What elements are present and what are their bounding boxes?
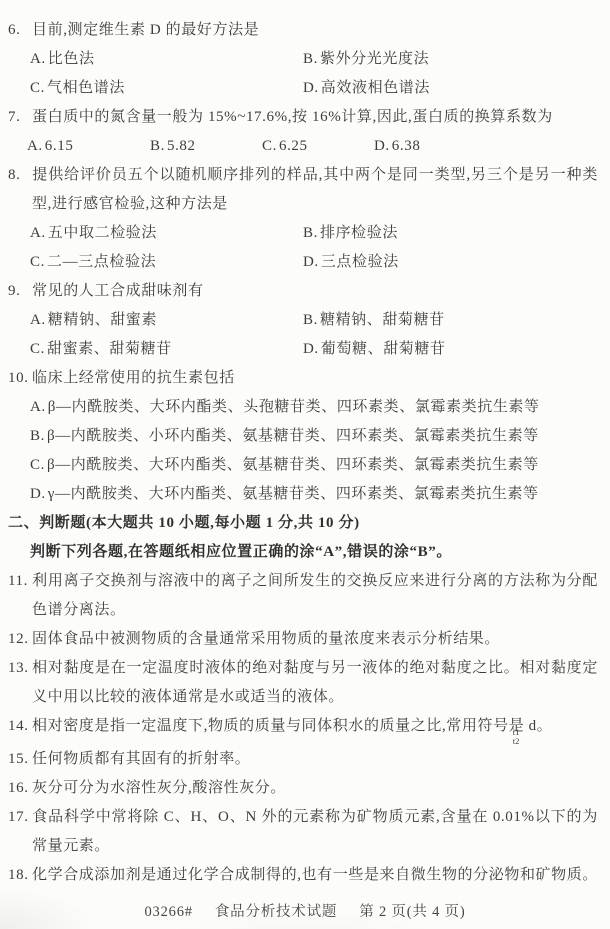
density-symbol-base: d (529, 718, 537, 734)
options-grid: A.比色法 B.紫外分光光度法 C.气相色谱法 D.高效液相色谱法 (30, 45, 598, 103)
question-text: 固体食品中被测物质的含量通常采用物质的量浓度来表示分析结果。 (32, 631, 500, 647)
option-b: B.排序检验法 (303, 219, 598, 248)
options-grid: A.6.15 B.5.82 C.6.25 D.6.38 (27, 132, 598, 161)
question-stem-text: 临床上经常使用的抗生素包括 (32, 370, 235, 386)
judge-question-13: 13.相对黏度是在一定温度时液体的绝对黏度与另一液体的绝对黏度之比。相对黏度定义… (8, 654, 598, 712)
exam-page: 6.目前,测定维生素 D 的最好方法是 A.比色法 B.紫外分光光度法 C.气相… (0, 0, 610, 929)
option-label: A. (30, 312, 46, 328)
question-stem-text: 目前,测定维生素 D 的最好方法是 (32, 22, 259, 38)
option-text: 甜蜜素、甜菊糖苷 (47, 341, 172, 357)
option-label: C. (30, 341, 45, 357)
option-text: β—内酰胺类、小环内酯类、氨基糖苷类、四环素类、氯霉素类抗生素等 (47, 428, 539, 444)
question-number: 10. (8, 364, 32, 393)
question-stem: 6.目前,测定维生素 D 的最好方法是 (8, 16, 598, 45)
page-footer: 03266#食品分析技术试题第 2 页(共 4 页) (0, 900, 610, 921)
question-text: 化学合成添加剂是通过化学合成制得的,也有一些是来自微生物的分泌物和矿物质。 (32, 867, 598, 883)
question-number: 14. (8, 712, 32, 741)
judge-question-15: 15.任何物质都有其固有的折射率。 (8, 745, 598, 774)
question-text: 食品科学中常将除 C、H、O、N 外的元素称为矿物质元素,含量在 0.01%以下… (32, 809, 598, 854)
option-label: A. (27, 138, 43, 154)
option-text: γ—内酰胺类、大环内酯类、氨基糖苷类、四环素类、氯霉素类抗生素等 (48, 486, 539, 502)
question-9: 9.常见的人工合成甜味剂有 A.糖精钠、甜蜜素 B.糖精钠、甜菊糖苷 C.甜蜜素… (8, 277, 598, 364)
option-a: A.糖精钠、甜蜜素 (30, 306, 303, 335)
option-c: C.6.25 (262, 132, 374, 161)
question-number: 8. (8, 161, 32, 190)
question-number: 12. (8, 625, 32, 654)
judge-question-18: 18.化学合成添加剂是通过化学合成制得的,也有一些是来自微生物的分泌物和矿物质。 (8, 861, 598, 890)
judge-question-12: 12.固体食品中被测物质的含量通常采用物质的量浓度来表示分析结果。 (8, 625, 598, 654)
option-label: A. (30, 225, 46, 241)
option-text: 紫外分光光度法 (320, 51, 429, 67)
option-text: 高效液相色谱法 (321, 80, 430, 96)
exam-code: 03266# (145, 904, 193, 920)
question-number: 17. (8, 803, 32, 832)
question-text: 相对黏度是在一定温度时液体的绝对黏度与另一液体的绝对黏度之比。相对黏度定义中用以… (32, 660, 598, 705)
option-text: 6.38 (392, 138, 421, 154)
option-b: B.5.82 (150, 132, 262, 161)
judge-question-16: 16.灰分可分为水溶性灰分,酸溶性灰分。 (8, 774, 598, 803)
question-number: 18. (8, 861, 32, 890)
option-a: A.β—内酰胺类、大环内酯类、头孢糖苷类、四环素类、氯霉素类抗生素等 (30, 393, 598, 422)
question-text: 灰分可分为水溶性灰分,酸溶性灰分。 (32, 780, 286, 796)
question-10: 10.临床上经常使用的抗生素包括 A.β—内酰胺类、大环内酯类、头孢糖苷类、四环… (8, 364, 598, 509)
question-stem-text: 提供给评价员五个以随机顺序排列的样品,其中两个是同一类型,另三个是另一种类型,进… (32, 167, 598, 212)
judge-question-14: 14.相对密度是指一定温度下,物质的质量与同体积水的质量之比,常用符号是 dt1… (8, 712, 598, 745)
option-label: D. (374, 138, 390, 154)
option-text: 气相色谱法 (47, 80, 125, 96)
question-stem-text: 常见的人工合成甜味剂有 (32, 283, 204, 299)
option-label: D. (303, 80, 319, 96)
option-c: C.二—三点检验法 (30, 248, 303, 277)
option-d: D.γ—内酰胺类、大环内酯类、氨基糖苷类、四环素类、氯霉素类抗生素等 (30, 480, 598, 509)
page-indicator: 第 2 页(共 4 页) (359, 904, 465, 920)
option-label: C. (30, 80, 45, 96)
option-d: D.高效液相色谱法 (303, 74, 598, 103)
question-number: 11. (8, 567, 32, 596)
density-symbol: dt1t2 (529, 718, 537, 734)
section-heading: 二、判断题(本大题共 10 小题,每小题 1 分,共 10 分) (8, 509, 598, 538)
option-b: B.β—内酰胺类、小环内酯类、氨基糖苷类、四环素类、氯霉素类抗生素等 (30, 422, 598, 451)
option-text: 排序检验法 (320, 225, 398, 241)
judge-question-17: 17.食品科学中常将除 C、H、O、N 外的元素称为矿物质元素,含量在 0.01… (8, 803, 598, 861)
question-number: 15. (8, 745, 32, 774)
option-c: C.气相色谱法 (30, 74, 303, 103)
option-label: B. (303, 51, 318, 67)
question-text-after: 。 (537, 718, 553, 734)
question-stem: 7.蛋白质中的氮含量一般为 15%~17.6%,按 16%计算,因此,蛋白质的换… (8, 103, 598, 132)
option-c: C.甜蜜素、甜菊糖苷 (30, 335, 303, 364)
judge-question-11: 11.利用离子交换剂与溶液中的离子之间所发生的交换反应来进行分离的方法称为分配色… (8, 567, 598, 625)
question-number: 9. (8, 277, 32, 306)
option-label: D. (303, 254, 319, 270)
option-a: A.比色法 (30, 45, 303, 74)
option-text: 6.15 (45, 138, 74, 154)
question-stem-text: 蛋白质中的氮含量一般为 15%~17.6%,按 16%计算,因此,蛋白质的换算系… (32, 109, 553, 125)
option-a: A.6.15 (27, 132, 150, 161)
option-text: 三点检验法 (321, 254, 399, 270)
question-8: 8.提供给评价员五个以随机顺序排列的样品,其中两个是同一类型,另三个是另一种类型… (8, 161, 598, 277)
question-number: 16. (8, 774, 32, 803)
option-label: B. (30, 428, 45, 444)
option-text: 葡萄糖、甜菊糖苷 (321, 341, 446, 357)
option-text: 五中取二检验法 (48, 225, 157, 241)
question-number: 7. (8, 103, 32, 132)
option-b: B.糖精钠、甜菊糖苷 (303, 306, 598, 335)
option-label: A. (30, 51, 46, 67)
option-text: 糖精钠、甜蜜素 (48, 312, 157, 328)
option-text: 二—三点检验法 (47, 254, 156, 270)
option-label: D. (30, 486, 46, 502)
option-d: D.三点检验法 (303, 248, 598, 277)
option-text: 糖精钠、甜菊糖苷 (320, 312, 445, 328)
options-grid: A.五中取二检验法 B.排序检验法 C.二—三点检验法 D.三点检验法 (30, 219, 598, 277)
question-stem: 8.提供给评价员五个以随机顺序排列的样品,其中两个是同一类型,另三个是另一种类型… (8, 161, 598, 219)
question-6: 6.目前,测定维生素 D 的最好方法是 A.比色法 B.紫外分光光度法 C.气相… (8, 16, 598, 103)
option-label: C. (30, 457, 45, 473)
question-text: 相对密度是指一定温度下,物质的质量与同体积水的质量之比,常用符号是 (32, 718, 529, 734)
question-stem: 10.临床上经常使用的抗生素包括 (8, 364, 598, 393)
section-instruction: 判断下列各题,在答题纸相应位置正确的涂“A”,错误的涂“B”。 (30, 538, 598, 567)
options-list: A.β—内酰胺类、大环内酯类、头孢糖苷类、四环素类、氯霉素类抗生素等 B.β—内… (30, 393, 598, 509)
question-number: 13. (8, 654, 32, 683)
option-a: A.五中取二检验法 (30, 219, 303, 248)
exam-title: 食品分析技术试题 (215, 904, 337, 920)
option-text: 5.82 (167, 138, 196, 154)
option-text: 比色法 (48, 51, 95, 67)
option-b: B.紫外分光光度法 (303, 45, 598, 74)
option-label: D. (303, 341, 319, 357)
option-label: B. (303, 225, 318, 241)
option-d: D.葡萄糖、甜菊糖苷 (303, 335, 598, 364)
option-label: A. (30, 399, 46, 415)
options-grid: A.糖精钠、甜蜜素 B.糖精钠、甜菊糖苷 C.甜蜜素、甜菊糖苷 D.葡萄糖、甜菊… (30, 306, 598, 364)
option-d: D.6.38 (374, 132, 598, 161)
question-stem: 9.常见的人工合成甜味剂有 (8, 277, 598, 306)
question-text: 任何物质都有其固有的折射率。 (32, 751, 250, 767)
option-label: C. (30, 254, 45, 270)
option-label: C. (262, 138, 277, 154)
option-label: B. (150, 138, 165, 154)
option-text: 6.25 (279, 138, 308, 154)
question-number: 6. (8, 16, 32, 45)
option-text: β—内酰胺类、大环内酯类、氨基糖苷类、四环素类、氯霉素类抗生素等 (47, 457, 539, 473)
question-text: 利用离子交换剂与溶液中的离子之间所发生的交换反应来进行分离的方法称为分配色谱分离… (32, 573, 598, 618)
option-c: C.β—内酰胺类、大环内酯类、氨基糖苷类、四环素类、氯霉素类抗生素等 (30, 451, 598, 480)
judgment-section: 二、判断题(本大题共 10 小题,每小题 1 分,共 10 分) 判断下列各题,… (8, 509, 598, 890)
option-text: β—内酰胺类、大环内酯类、头孢糖苷类、四环素类、氯霉素类抗生素等 (48, 399, 540, 415)
option-label: B. (303, 312, 318, 328)
question-7: 7.蛋白质中的氮含量一般为 15%~17.6%,按 16%计算,因此,蛋白质的换… (8, 103, 598, 161)
